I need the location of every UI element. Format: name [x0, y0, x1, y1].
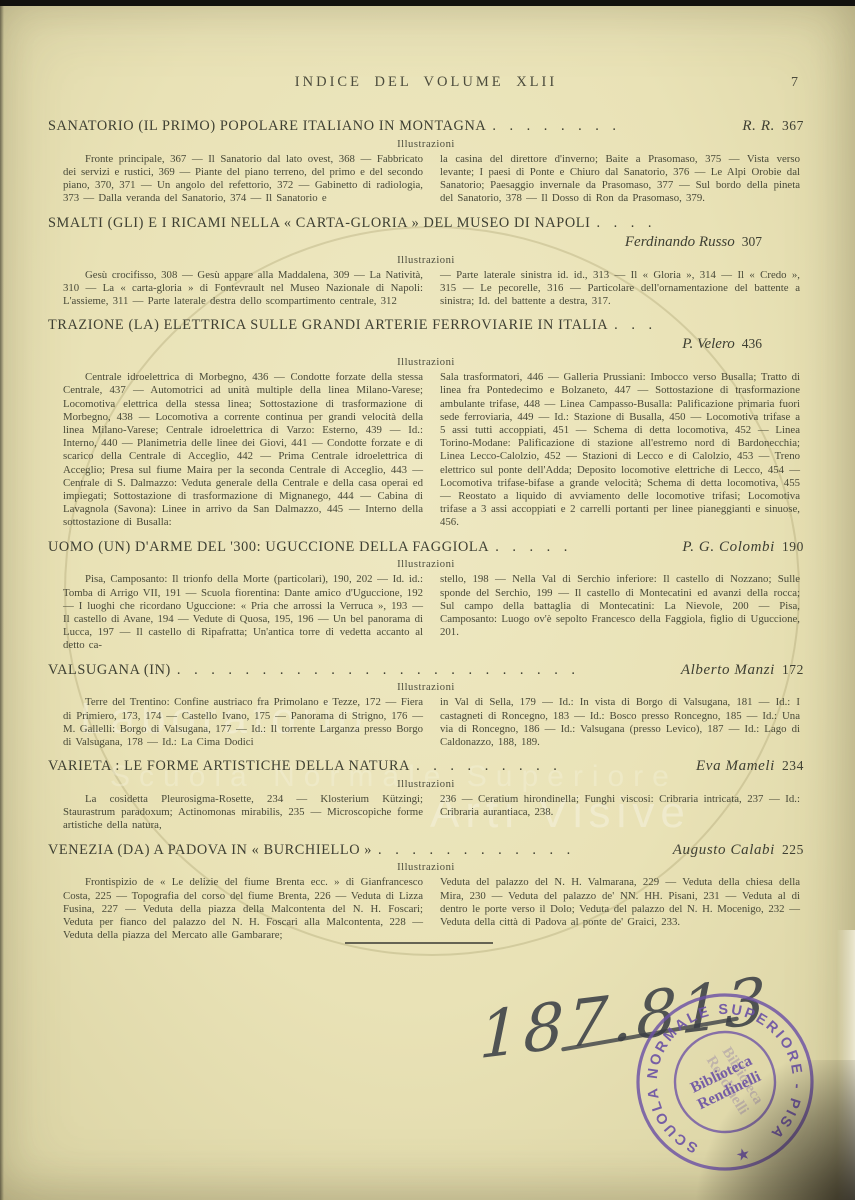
- entry-title: TRAZIONE (LA) ELETTRICA SULLE GRANDI ART…: [48, 317, 608, 333]
- entry-title-line: VENEZIA (DA) A PADOVA IN « BURCHIELLO ».…: [48, 842, 804, 859]
- entry-author-line: P. Velero436: [48, 336, 762, 353]
- entry-title-line: VARIETA : LE FORME ARTISTICHE DELLA NATU…: [48, 758, 804, 775]
- illustrations-col-right: 236 — Ceratium hirondinella; Funghi visc…: [440, 793, 800, 833]
- illustrations-col-left: Frontispizio de « Le delizie del fiume B…: [63, 876, 423, 942]
- dot-leader: . . . . . . . . . . . . . . . . . . . . …: [177, 662, 675, 678]
- illustrations-col-left: Pisa, Camposanto: Il trionfo della Morte…: [63, 573, 423, 652]
- page-title: INDICE DEL VOLUME XLII: [48, 74, 804, 91]
- entry-author: Eva Mameli: [696, 758, 775, 774]
- entry-page-ref: 190: [782, 539, 804, 554]
- illustrations-col-left: Centrale idroelettrica di Morbegno, 436 …: [63, 371, 423, 529]
- illustrations-columns: La cosidetta Pleurosigma-Rosette, 234 — …: [63, 793, 800, 833]
- illustrations-label: Illustrazioni: [48, 779, 804, 790]
- illustrations-col-left: La cosidetta Pleurosigma-Rosette, 234 — …: [63, 793, 423, 833]
- entries: SANATORIO (IL PRIMO) POPOLARE ITALIANO I…: [48, 118, 804, 943]
- illustrations-columns: Pisa, Camposanto: Il trionfo della Morte…: [63, 573, 800, 652]
- illustrations-label: Illustrazioni: [48, 357, 804, 368]
- illustrations-label: Illustrazioni: [48, 139, 804, 150]
- illustrations-label: Illustrazioni: [48, 559, 804, 570]
- illustrations-label: Illustrazioni: [48, 682, 804, 693]
- entry-author: P. G. Colombi: [682, 539, 775, 555]
- index-entry: SMALTI (GLI) E I RICAMI NELLA « CARTA-GL…: [48, 215, 804, 309]
- illustrations-columns: Frontispizio de « Le delizie del fiume B…: [63, 876, 800, 942]
- entry-page-ref: 172: [782, 662, 804, 677]
- index-entry: TRAZIONE (LA) ELETTRICA SULLE GRANDI ART…: [48, 317, 804, 529]
- entry-title: SMALTI (GLI) E I RICAMI NELLA « CARTA-GL…: [48, 215, 590, 231]
- index-entry: SANATORIO (IL PRIMO) POPOLARE ITALIANO I…: [48, 118, 804, 206]
- illustrations-col-left: Gesù crocifisso, 308 — Gesù appare alla …: [63, 269, 423, 309]
- illustrations-columns: Gesù crocifisso, 308 — Gesù appare alla …: [63, 269, 800, 309]
- illustrations-columns: Terre del Trentino: Confine austriaco fr…: [63, 696, 800, 749]
- dot-leader: . . . . . . . .: [492, 118, 736, 134]
- entry-author: Alberto Manzi: [681, 662, 775, 678]
- index-entry: UOMO (UN) D'ARME DEL '300: UGUCCIONE DEL…: [48, 539, 804, 653]
- illustrations-col-right: la casina del direttore d'inverno; Baite…: [440, 153, 800, 206]
- entry-title-line: TRAZIONE (LA) ELETTRICA SULLE GRANDI ART…: [48, 317, 804, 333]
- footer-divider-rule: [345, 942, 493, 944]
- entry-page-ref: 367: [782, 118, 804, 133]
- entry-author: Ferdinando Russo: [625, 234, 735, 250]
- scan-corner-shadow: [685, 1060, 855, 1200]
- entry-author-page: P. G. Colombi190: [682, 539, 804, 556]
- dot-leader: . . . .: [596, 215, 798, 231]
- entry-author: P. Velero: [682, 336, 735, 352]
- illustrations-columns: Centrale idroelettrica di Morbegno, 436 …: [63, 371, 800, 529]
- entry-title-line: VALSUGANA (IN). . . . . . . . . . . . . …: [48, 662, 804, 679]
- dot-leader: . . . . . . . . .: [416, 758, 690, 774]
- page-header: INDICE DEL VOLUME XLII 7: [48, 74, 804, 96]
- entry-author-page: R. R.367: [742, 118, 804, 135]
- entry-title: VENEZIA (DA) A PADOVA IN « BURCHIELLO »: [48, 842, 372, 858]
- entry-title-line: SANATORIO (IL PRIMO) POPOLARE ITALIANO I…: [48, 118, 804, 135]
- dot-leader: . . .: [614, 317, 798, 333]
- illustrations-label: Illustrazioni: [48, 255, 804, 266]
- index-content: INDICE DEL VOLUME XLII 7 SANATORIO (IL P…: [48, 74, 804, 952]
- entry-author: Augusto Calabi: [673, 842, 775, 858]
- illustrations-col-right: — Parte laterale sinistra id. id., 313 —…: [440, 269, 800, 309]
- entry-title: VALSUGANA (IN): [48, 662, 171, 678]
- entry-title-line: SMALTI (GLI) E I RICAMI NELLA « CARTA-GL…: [48, 215, 804, 231]
- entry-author-page: Augusto Calabi225: [673, 842, 804, 859]
- scan-top-edge: [0, 0, 855, 6]
- dot-leader: . . . . . . . . . . . .: [378, 842, 667, 858]
- illustrations-col-right: Sala trasformatori, 446 — Galleria Pruss…: [440, 371, 800, 529]
- entry-page-ref: 436: [742, 336, 762, 351]
- entry-author-page: Alberto Manzi172: [681, 662, 804, 679]
- scan-left-edge: [0, 0, 4, 1200]
- illustrations-col-right: in Val di Sella, 179 — Id.: In vista di …: [440, 696, 800, 749]
- entry-author-page: Eva Mameli234: [696, 758, 804, 775]
- illustrations-label: Illustrazioni: [48, 862, 804, 873]
- entry-title: SANATORIO (IL PRIMO) POPOLARE ITALIANO I…: [48, 118, 486, 134]
- entry-author-line: Ferdinando Russo307: [48, 234, 762, 251]
- dot-leader: . . . . .: [495, 539, 676, 555]
- entry-page-ref: 307: [742, 234, 762, 249]
- illustrations-col-right: Veduta del palazzo del N. H. Valmarana, …: [440, 876, 800, 942]
- entry-title: VARIETA : LE FORME ARTISTICHE DELLA NATU…: [48, 758, 410, 774]
- index-entry: VENEZIA (DA) A PADOVA IN « BURCHIELLO ».…: [48, 842, 804, 943]
- index-entry: VALSUGANA (IN). . . . . . . . . . . . . …: [48, 662, 804, 750]
- index-entry: VARIETA : LE FORME ARTISTICHE DELLA NATU…: [48, 758, 804, 832]
- entry-page-ref: 234: [782, 758, 804, 773]
- illustrations-columns: Fronte principale, 367 — Il Sanatorio da…: [63, 153, 800, 206]
- illustrations-col-left: Terre del Trentino: Confine austriaco fr…: [63, 696, 423, 749]
- entry-page-ref: 225: [782, 842, 804, 857]
- scanned-page: Laboratorio Scuola Normale Superiore Art…: [0, 0, 855, 1200]
- illustrations-col-left: Fronte principale, 367 — Il Sanatorio da…: [63, 153, 423, 206]
- entry-title: UOMO (UN) D'ARME DEL '300: UGUCCIONE DEL…: [48, 539, 489, 555]
- illustrations-col-right: stello, 198 — Nella Val di Serchio infer…: [440, 573, 800, 652]
- entry-author: R. R.: [742, 118, 775, 134]
- page-number: 7: [791, 75, 798, 91]
- entry-title-line: UOMO (UN) D'ARME DEL '300: UGUCCIONE DEL…: [48, 539, 804, 556]
